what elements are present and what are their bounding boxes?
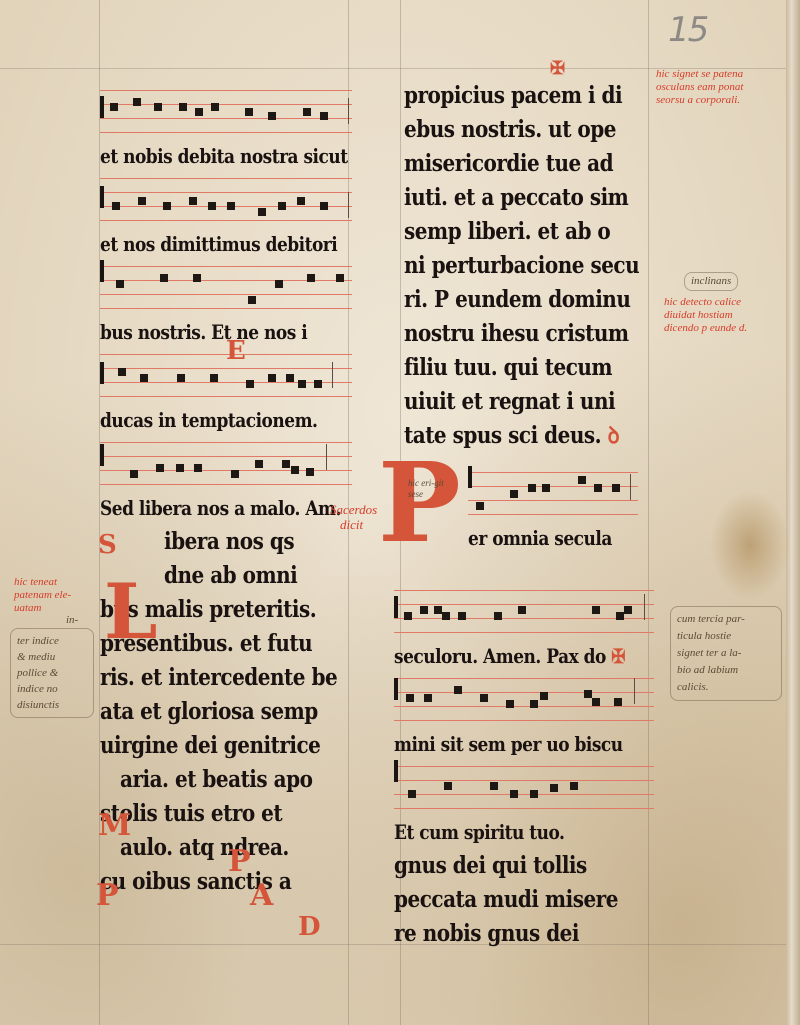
initial-letter-L: L (104, 567, 157, 656)
music-staff (100, 260, 352, 318)
initial-letter-P: P (96, 878, 119, 913)
folio-number: 15 (668, 10, 707, 50)
music-staff-group: er omnia secula (468, 466, 638, 554)
right-column: propicius pacem i di ebus nostris. ut op… (404, 78, 654, 452)
lyric-line: er omnia secula (468, 522, 638, 557)
initial-letter-D: D (298, 912, 321, 942)
initial-letter-A: A (250, 878, 273, 913)
water-stain (710, 490, 790, 600)
initial-letter-S: S (98, 530, 117, 560)
left-column: et nobis debita nostra sicut et nos dimi… (100, 84, 352, 898)
music-staff (394, 584, 654, 642)
marginal-rubric-left: hic teneat patenam ele- uatam (14, 576, 94, 615)
text-line: cu oibus sanctis a (100, 861, 352, 900)
lyric-line: et nobis debita nostra sicut (100, 140, 352, 175)
marginal-note-inclinans: inclinans (684, 272, 738, 291)
cross-icon: ✠ (611, 646, 625, 669)
rubric-mark: ꝺ (608, 421, 619, 449)
lyric-line: seculoru. Amen. Pax do ✠ (394, 640, 654, 675)
lyric-line: et nos dimittimus debitori (100, 228, 352, 263)
text-line: re nobis gnus dei (394, 913, 654, 952)
initial-letter-M: M (98, 808, 131, 843)
music-staff (394, 672, 654, 730)
marginal-note-boxed-right: cum tercia par- ticula hostie signet ter… (670, 606, 782, 701)
marginal-note-left-in: in- (66, 612, 78, 629)
lyric-line: mini sit sem per uo biscu (394, 728, 654, 763)
marginal-rubric-sacerdos: Sacerdos dicit (330, 502, 377, 532)
initial-letter-E: E (226, 336, 246, 366)
music-staff (100, 436, 352, 494)
marginal-note-boxed-left: ter indice & mediu pollice & indice no d… (10, 628, 94, 718)
marginal-rubric-right: hic detecto calice diuidat hostiam dicen… (664, 296, 794, 335)
ruling-line (0, 944, 786, 945)
cross-icon: ✠ (550, 58, 565, 79)
music-staff-group: seculoru. Amen. Pax do ✠ mini sit sem pe… (394, 584, 654, 950)
initial-letter-P: P (228, 844, 251, 879)
initial-annotation: hic eri-git sese (408, 478, 444, 500)
music-staff (100, 172, 352, 230)
music-staff (468, 466, 638, 524)
music-staff (100, 84, 352, 142)
lyric-line: ducas in temptacionem. (100, 404, 352, 439)
marginal-rubric-top: hic signet se patena osculans eam ponat … (656, 68, 796, 107)
music-staff (394, 760, 654, 818)
initial-letter-P-large: P (378, 448, 461, 558)
